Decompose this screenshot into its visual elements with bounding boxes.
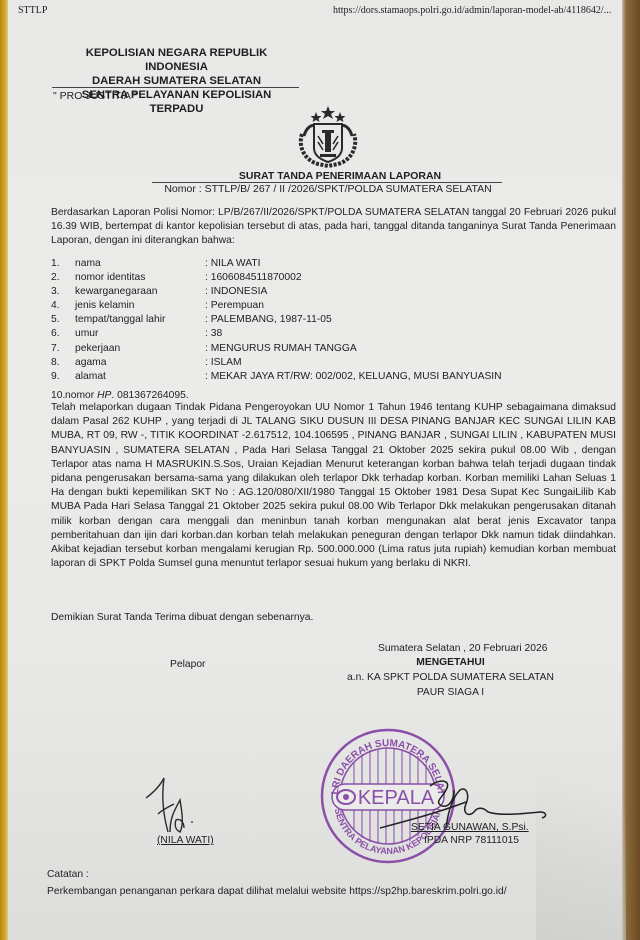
detail-row-value: : NILA WATI	[205, 257, 261, 271]
detail-row-number: 9.	[51, 370, 75, 384]
reporter-signature	[140, 770, 210, 840]
detail-row-value: : MEKAR JAYA RT/RW: 002/002, KELUANG, MU…	[205, 370, 502, 384]
acknowledgement-block: MENGETAHUI a.n. KA SPKT POLDA SUMATERA S…	[318, 655, 583, 700]
document-title: SURAT TANDA PENERIMAAN LAPORAN	[180, 170, 500, 182]
detail-row-value: : PALEMBANG, 1987-11-05	[205, 313, 332, 327]
closing-statement: Demikian Surat Tanda Terima dibuat denga…	[51, 612, 313, 623]
acknowledge-authority: a.n. KA SPKT POLDA SUMATERA SELATAN	[318, 670, 583, 685]
detail-row-value: : MENGURUS RUMAH TANGGA	[205, 342, 357, 356]
detail-row: 7.pekerjaan: MENGURUS RUMAH TANGGA	[51, 342, 502, 356]
note-text: Perkembangan penanganan perkara dapat di…	[47, 886, 507, 897]
phone-field-value: . 081367264095.	[111, 390, 188, 401]
intro-paragraph: Berdasarkan Laporan Polisi Nomor: LP/B/2…	[51, 206, 616, 249]
officer-nrp: IPDA NRP 78111015	[424, 835, 519, 846]
acknowledge-position: PAUR SIAGA I	[318, 685, 583, 700]
detail-row-label: pekerjaan	[75, 342, 205, 356]
detail-row-number: 2.	[51, 271, 75, 285]
detail-row-value: : Perempuan	[205, 299, 264, 313]
detail-row-label: nama	[75, 257, 205, 271]
note-label: Catatan :	[47, 869, 89, 880]
phone-field-label-hp: HP	[97, 390, 111, 401]
print-header-left: STTLP	[18, 5, 47, 16]
detail-row-label: alamat	[75, 370, 205, 384]
detail-row-number: 7.	[51, 342, 75, 356]
phone-field-label: nomor	[65, 390, 97, 401]
detail-row-number: 4.	[51, 299, 75, 313]
detail-row: 8.agama: ISLAM	[51, 356, 502, 370]
officer-name: SETIA GUNAWAN, S.Psi.	[411, 822, 529, 833]
detail-row: 1.nama: NILA WATI	[51, 257, 502, 271]
detail-row: 5.tempat/tanggal lahir: PALEMBANG, 1987-…	[51, 313, 502, 327]
agency-line-2: DAERAH SUMATERA SELATAN	[54, 74, 299, 88]
detail-row-value: : 1606084511870002	[205, 271, 302, 285]
incident-narrative: Telah melaporkan dugaan Tindak Pidana Pe…	[51, 401, 616, 571]
reporter-name: (NILA WATI)	[157, 835, 214, 846]
document-number: Nomor : STTLP/B/ 267 / II /2026/SPKT/POL…	[152, 183, 504, 195]
detail-row: 9.alamat: MEKAR JAYA RT/RW: 002/002, KEL…	[51, 370, 502, 384]
place-date: Sumatera Selatan , 20 Februari 2026	[378, 643, 547, 654]
detail-row-number: 3.	[51, 285, 75, 299]
acknowledge-label: MENGETAHUI	[318, 655, 583, 670]
detail-row-label: kewarganegaraan	[75, 285, 205, 299]
agency-divider	[52, 87, 299, 88]
print-header-url: https://dors.stamaops.polri.go.id/admin/…	[333, 5, 611, 16]
agency-line-1: KEPOLISIAN NEGARA REPUBLIK INDONESIA	[54, 46, 299, 74]
reporter-details: 1.nama: NILA WATI2.nomor identitas: 1606…	[51, 257, 502, 384]
detail-row: 3.kewarganegaraan: INDONESIA	[51, 285, 502, 299]
detail-row-label: agama	[75, 356, 205, 370]
detail-row-number: 5.	[51, 313, 75, 327]
detail-row-value: : 38	[205, 327, 222, 341]
agency-header: KEPOLISIAN NEGARA REPUBLIK INDONESIA DAE…	[54, 46, 299, 116]
police-emblem-icon	[292, 104, 364, 170]
pro-justitia: " PRO JUSTITIA "	[53, 90, 137, 102]
detail-row-label: jenis kelamin	[75, 299, 205, 313]
detail-row-number: 8.	[51, 356, 75, 370]
detail-row-number: 6.	[51, 327, 75, 341]
phone-field-number: 10.	[51, 390, 65, 401]
detail-row: 6.umur: 38	[51, 327, 502, 341]
detail-row-value: : ISLAM	[205, 356, 242, 370]
detail-row-value: : INDONESIA	[205, 285, 267, 299]
detail-row-label: umur	[75, 327, 205, 341]
detail-row-label: tempat/tanggal lahir	[75, 313, 205, 327]
detail-row-label: nomor identitas	[75, 271, 205, 285]
reporter-label: Pelapor	[170, 659, 206, 670]
detail-row: 2.nomor identitas: 1606084511870002	[51, 271, 502, 285]
detail-row-number: 1.	[51, 257, 75, 271]
phone-field: 10.nomor HP. 081367264095.	[51, 390, 189, 401]
detail-row: 4.jenis kelamin: Perempuan	[51, 299, 502, 313]
